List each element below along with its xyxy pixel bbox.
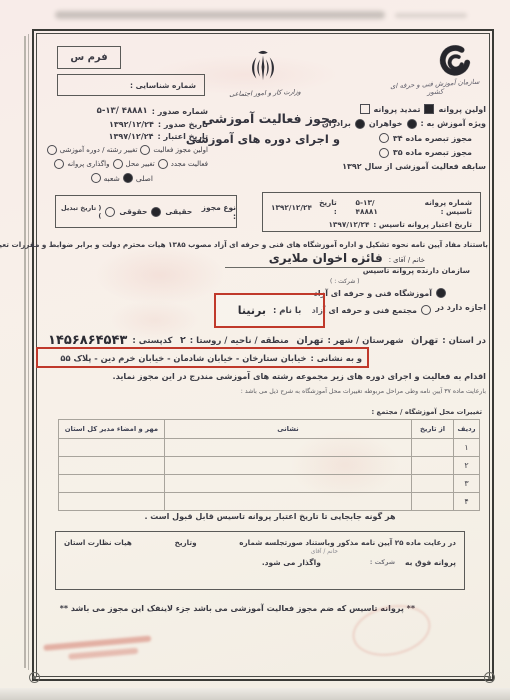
issue-date-value: ۱۳۹۲/۱۲/۲۴	[109, 120, 154, 129]
col-address: نشانی	[164, 420, 411, 439]
renewal-license-label: تمدید پروانه	[374, 105, 421, 114]
opt-main-label: اصلی	[136, 174, 153, 183]
brothers-radio-icon	[355, 119, 365, 129]
transfer-line3-right: پروانه فوق به	[405, 558, 456, 567]
province-label: در استان :	[442, 336, 486, 346]
license-validity-value: ۱۳۹۷/۱۲/۲۴	[328, 220, 369, 229]
table-row: ۲	[59, 457, 480, 475]
table-row: ۴	[59, 493, 480, 511]
opt-first-permit-radio-icon	[140, 145, 150, 155]
postal-value: ۱۴۵۶۸۶۴۵۴۳	[48, 333, 127, 348]
transfer-line3-left: واگذار می شود.	[262, 558, 321, 567]
license-validity-label: تاریخ اعتبار پروانه تاسیس :	[373, 220, 472, 229]
opt-transfer-radio-icon	[54, 159, 64, 169]
person-name: فائزه اخوان ملایری	[269, 251, 383, 265]
audience-label: ویژه آموزش به :	[421, 119, 486, 128]
note-article-37: بارعایت ماده ۳۷ آیین نامه وطی مراحل مربو…	[275, 388, 486, 395]
company-label: ( شرکت : )	[330, 278, 360, 285]
id-number-label: شماره شناسایی :	[130, 81, 196, 90]
relocation-note: هر گونه جابجایی تا تاریخ اعتبار پروانه ت…	[130, 512, 410, 521]
transfer-line1-mid: وتاریخ	[175, 538, 197, 547]
col-from-date: از تاریخ	[412, 420, 454, 439]
table-row: ۳	[59, 475, 480, 493]
form-tag: فرم س	[70, 52, 107, 63]
transfer-line3-company: شرکت :	[370, 559, 395, 566]
sisters-radio-icon	[407, 119, 417, 129]
opt-transfer-label: واگذاری پروانه	[67, 160, 109, 168]
table-header-row: ردیف از تاریخ نشانی مهر و امضاء مدیر کل …	[59, 420, 480, 439]
city-label: شهرستان / شهر :	[327, 336, 403, 346]
holder-org-label: سازمان دارنده پروانه تاسیس	[363, 266, 470, 275]
validity-date-value: ۱۳۹۷/۱۲/۲۴	[109, 132, 154, 141]
institute-name-value: برنینا	[238, 304, 266, 317]
footer-note: ** پروانه تاسیس که ضم مجوز فعالیت آموزشی…	[95, 604, 415, 613]
postal-label: کدپستی :	[132, 336, 172, 346]
complex-option-row: مجتمع فنی و حرفه ای آزاد	[312, 305, 431, 315]
row-no-cell: ۱	[454, 439, 480, 457]
license-no-label: شماره پروانه تاسیس :	[399, 198, 472, 216]
transfer-line1-right: در رعایت ماده ۲۵ آیین نامه مذکور وباستنا…	[239, 538, 456, 547]
registration-mark-right	[484, 672, 495, 683]
issue-no-value: ۵-۱۳/ ۴۸۸۸۱	[97, 106, 148, 116]
address-value: خیابان ستارخان - خیابان شادمان - خیابان …	[60, 353, 306, 363]
first-license-checkbox-icon	[424, 104, 434, 114]
activity-history: سابقه فعالیت آموزشی از سال ۱۳۹۲	[306, 162, 486, 171]
transfer-line1-left: هیات نظارت استان	[64, 538, 132, 547]
article-34-radio-icon	[379, 133, 389, 143]
school-option-radio-icon	[436, 288, 446, 298]
permit-type-legal: حقوقی	[119, 207, 147, 216]
opt-reactivation-radio-icon	[158, 159, 168, 169]
document-page: فرم س شماره شناسایی : وزارت کار و امور ا…	[0, 0, 510, 700]
permit-type-convert-date: ( تاریخ تبدیل )	[56, 204, 101, 220]
issue-no-label: شماره صدور :	[152, 107, 208, 116]
establishment-license-box: شماره پروانه تاسیس : ۵-۱۳/ ۴۸۸۸۱ تاریخ :…	[262, 192, 481, 232]
opt-change-course-radio-icon	[47, 145, 57, 155]
opt-branch-label: شعبه	[104, 174, 120, 183]
institute-name-box: با نام : برنینا	[214, 293, 325, 328]
legal-basis: باستناد مفاد آیین نامه نحوه تشکیل و ادار…	[42, 240, 488, 249]
row-no-cell: ۳	[454, 475, 480, 493]
opt-main-radio-icon	[123, 173, 133, 183]
title-line-2: و اجرای دوره های آموزشی	[200, 132, 340, 146]
renewal-license-checkbox-icon	[360, 104, 370, 114]
license-no-value: ۵-۱۳/ ۴۸۸۸۱	[356, 198, 395, 216]
opt-first-permit-label: اولین مجوز فعالیت	[153, 146, 208, 154]
address-label: و به نشانی :	[311, 353, 362, 363]
col-seal: مهر و امضاء مدیر کل استان	[59, 420, 165, 439]
opt-branch-radio-icon	[91, 173, 101, 183]
permit-type-box: نوع مجوز : حقیقی حقوقی ( تاریخ تبدیل )	[55, 195, 237, 228]
form-tag-box: فرم س	[57, 46, 121, 69]
page-edge-bottom	[0, 688, 510, 700]
page-edge-left-2	[28, 34, 29, 670]
permit-type-real-radio-icon	[151, 207, 161, 217]
district-label: منطقه / ناحیه / روستا :	[190, 336, 289, 346]
row-no-cell: ۴	[454, 493, 480, 511]
complex-option-label: مجتمع فنی و حرفه ای آزاد	[312, 306, 417, 315]
permit-text: اجازه دارد در	[435, 303, 486, 312]
license-date-label: تاریخ :	[316, 198, 337, 216]
changes-label: تغییرات محل آموزشگاه / مجتمع :	[371, 408, 482, 416]
school-option-label: آموزشگاه فنی و حرفه ای آزاد	[314, 289, 432, 298]
opt-relocation-radio-icon	[113, 159, 123, 169]
permit-type-label: نوع مجوز :	[196, 203, 236, 221]
validity-date-label: تاریخ اعتبار :	[158, 132, 209, 141]
first-license-label: اولین پروانه	[438, 105, 486, 114]
location-row: در استان : تهران شهرستان / شهر : تهران م…	[48, 333, 486, 348]
title-line-1: مجوز فعالیت آموزشی	[200, 111, 340, 126]
institute-name-label: با نام :	[273, 306, 301, 316]
opt-reactivation-label: فعالیت مجدد	[171, 160, 208, 168]
province-value: تهران	[411, 335, 438, 346]
id-number-box: شماره شناسایی :	[57, 74, 205, 96]
action-line: اقدام به فعالیت و اجرای دوره های زیر مجم…	[150, 371, 486, 381]
table-row: ۱	[59, 439, 480, 457]
article-34-label: مجوز تبصره ماده ۳۴	[393, 134, 472, 143]
sisters-label: خواهران	[369, 119, 403, 128]
permit-type-real: حقیقی	[165, 207, 192, 216]
city-value: تهران	[296, 335, 323, 346]
article-35-radio-icon	[379, 148, 389, 158]
address-box: و به نشانی : خیابان ستارخان - خیابان شاد…	[36, 347, 369, 368]
complex-option-radio-icon	[421, 305, 431, 315]
col-row-no: ردیف	[454, 420, 480, 439]
license-date-value: ۱۳۹۲/۱۲/۲۴	[271, 203, 312, 212]
permit-type-legal-radio-icon	[105, 207, 115, 217]
issue-date-label: تاریخ صدور :	[158, 120, 208, 129]
location-changes-table: ردیف از تاریخ نشانی مهر و امضاء مدیر کل …	[58, 419, 480, 511]
transfer-line2: خانم / آقای	[64, 549, 456, 555]
opt-relocation-label: تغییر محل	[126, 160, 155, 168]
document-title: مجوز فعالیت آموزشی و اجرای دوره های آموز…	[200, 111, 340, 146]
person-label: خانم / آقای :	[389, 256, 425, 264]
scan-top-smudge	[55, 11, 385, 19]
row-no-cell: ۲	[454, 457, 480, 475]
registration-mark-left	[29, 672, 40, 683]
district-value: ۲	[180, 335, 186, 346]
transfer-box: در رعایت ماده ۲۵ آیین نامه مذکور وباستنا…	[55, 531, 465, 590]
opt-change-course-label: تغییر رشته / دوره آموزشی	[60, 146, 138, 154]
issue-info-column: شماره صدور : ۵-۱۳/ ۴۸۸۸۱ تاریخ صدور : ۱۳…	[38, 106, 208, 183]
article-35-label: مجوز تبصره ماده ۳۵	[393, 148, 472, 157]
page-edge-left	[24, 36, 26, 668]
scan-top-smudge-2	[395, 13, 467, 18]
iran-emblem-icon	[243, 48, 283, 92]
school-option-row: آموزشگاه فنی و حرفه ای آزاد	[314, 288, 446, 298]
